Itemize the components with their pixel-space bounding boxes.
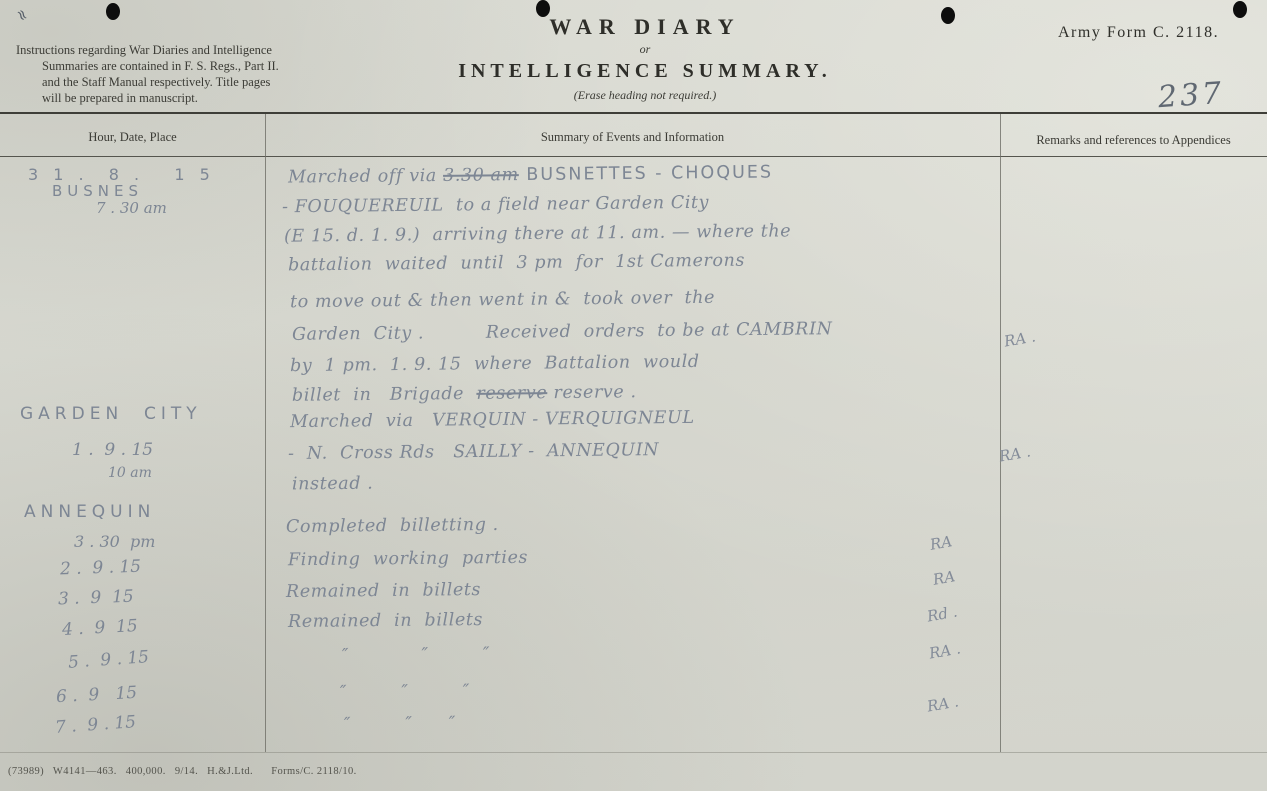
hw-entry-place: ANNEQUIN xyxy=(24,502,155,522)
column-header-summary: Summary of Events and Information xyxy=(265,130,1000,145)
hw-text: billet in Brigade xyxy=(292,384,477,406)
hw-remark-initials: RA . xyxy=(998,442,1032,465)
hw-entry-place: BUSNES xyxy=(52,182,143,200)
hw-summary-line: - N. Cross Rds SAILLY - ANNEQUIN xyxy=(288,440,659,464)
column-header-remarks: Remarks and references to Appendices xyxy=(1002,133,1265,148)
hw-remark-initials: RA . xyxy=(1003,327,1037,350)
hw-entry-date: 4 . 9 15 xyxy=(62,616,139,640)
instructions-line: Instructions regarding War Diaries and I… xyxy=(16,42,368,58)
army-form-number: Army Form C. 2118. xyxy=(1058,24,1258,42)
hw-remark-initials: RA xyxy=(932,567,957,589)
hw-summary-line: Marched off via 3.30 am BUSNETTES - CHOQ… xyxy=(288,162,773,187)
hw-entry-date: 5 . 9 . 15 xyxy=(67,647,149,673)
pencil-mark: ≈ xyxy=(11,5,33,25)
hw-ditto-marks: ″ ″ ″ xyxy=(342,644,490,666)
hw-remark-initials: RA . xyxy=(928,639,962,662)
hw-entry-date: 1 . 9 . 15 xyxy=(72,440,153,460)
instructions-line: and the Staff Manual respectively. Title… xyxy=(16,74,368,90)
hw-text: reserve . xyxy=(547,382,637,403)
page-number-handwritten: 237 xyxy=(1157,76,1226,116)
instructions-note: Instructions regarding War Diaries and I… xyxy=(16,42,368,106)
column-header-rule xyxy=(0,156,1267,157)
hw-entry-date: 2 . 9 . 15 xyxy=(60,557,142,580)
form-title: WAR DIARY xyxy=(420,14,870,40)
printer-imprint: (73989) W4141—463. 400,000. 9/14. H.&J.L… xyxy=(8,766,357,777)
hw-entry-time: 3 . 30 pm xyxy=(74,532,155,551)
hw-summary-line: (E 15. d. 1. 9.) arriving there at 11. a… xyxy=(284,221,791,246)
hw-struck-text: 3.30 am xyxy=(443,165,519,186)
punch-hole-icon xyxy=(106,3,120,20)
hw-summary-line: billet in Brigade reserve reserve . xyxy=(292,382,637,406)
hw-summary-line: Garden City . Received orders to be at C… xyxy=(292,319,833,345)
instructions-line: Summaries are contained in F. S. Regs., … xyxy=(16,58,368,74)
form-title-or: or xyxy=(420,42,870,57)
hw-summary-line: Remained in billets xyxy=(288,610,483,632)
punch-hole-icon xyxy=(1233,1,1247,18)
header-rule xyxy=(0,112,1267,114)
hw-summary-line: battalion waited until 3 pm for 1st Came… xyxy=(288,251,745,276)
hw-summary-line: Remained in billets xyxy=(286,580,481,602)
hw-text: BUSNETTES - CHOQUES xyxy=(519,162,773,185)
hw-summary-line: - FOUQUEREUIL to a field near Garden Cit… xyxy=(282,193,709,217)
form-title-note: (Erase heading not required.) xyxy=(420,88,870,103)
hw-summary-line: by 1 pm. 1. 9. 15 where Battalion would xyxy=(290,352,700,376)
hw-entry-date: 6 . 9 15 xyxy=(56,683,138,707)
punch-hole-icon xyxy=(941,7,955,24)
column-header-hour-date-place: Hour, Date, Place xyxy=(0,130,265,145)
hw-summary-line: instead . xyxy=(292,474,374,495)
hw-entry-date: 7 . 9 . 15 xyxy=(54,712,136,738)
hw-remark-initials: RA . xyxy=(926,692,960,715)
column-divider xyxy=(265,114,266,752)
hw-ditto-marks: ″ ″ ″ xyxy=(344,713,456,734)
table-bottom-rule xyxy=(0,752,1267,753)
hw-entry-date: 3 . 9 15 xyxy=(58,587,134,610)
hw-remark-initials: RA xyxy=(929,532,954,554)
form-subtitle: INTELLIGENCE SUMMARY. xyxy=(420,60,870,83)
hw-summary-line: Marched via VERQUIN - VERQUIGNEUL xyxy=(290,408,695,432)
hw-text: Marched off via xyxy=(288,166,443,188)
instructions-line: will be prepared in manuscript. xyxy=(16,90,368,106)
column-divider xyxy=(1000,114,1001,752)
hw-summary-line: Finding working parties xyxy=(288,548,528,571)
form-title-block: WAR DIARY or INTELLIGENCE SUMMARY. (Eras… xyxy=(420,14,870,103)
hw-remark-initials: Rd . xyxy=(926,602,959,625)
hw-entry-place: GARDEN CITY xyxy=(20,404,202,424)
hw-summary-line: Completed billetting . xyxy=(286,515,499,537)
hw-entry-time: 10 am xyxy=(108,465,152,481)
hw-summary-line: to move out & then went in & took over t… xyxy=(290,288,715,312)
hw-entry-time: 7 . 30 am xyxy=(96,199,167,217)
hw-ditto-marks: ″ ″ ″ xyxy=(340,681,470,702)
war-diary-scan: ≈ Instructions regarding War Diaries and… xyxy=(0,0,1267,791)
hw-struck-text: reserve xyxy=(476,383,547,404)
